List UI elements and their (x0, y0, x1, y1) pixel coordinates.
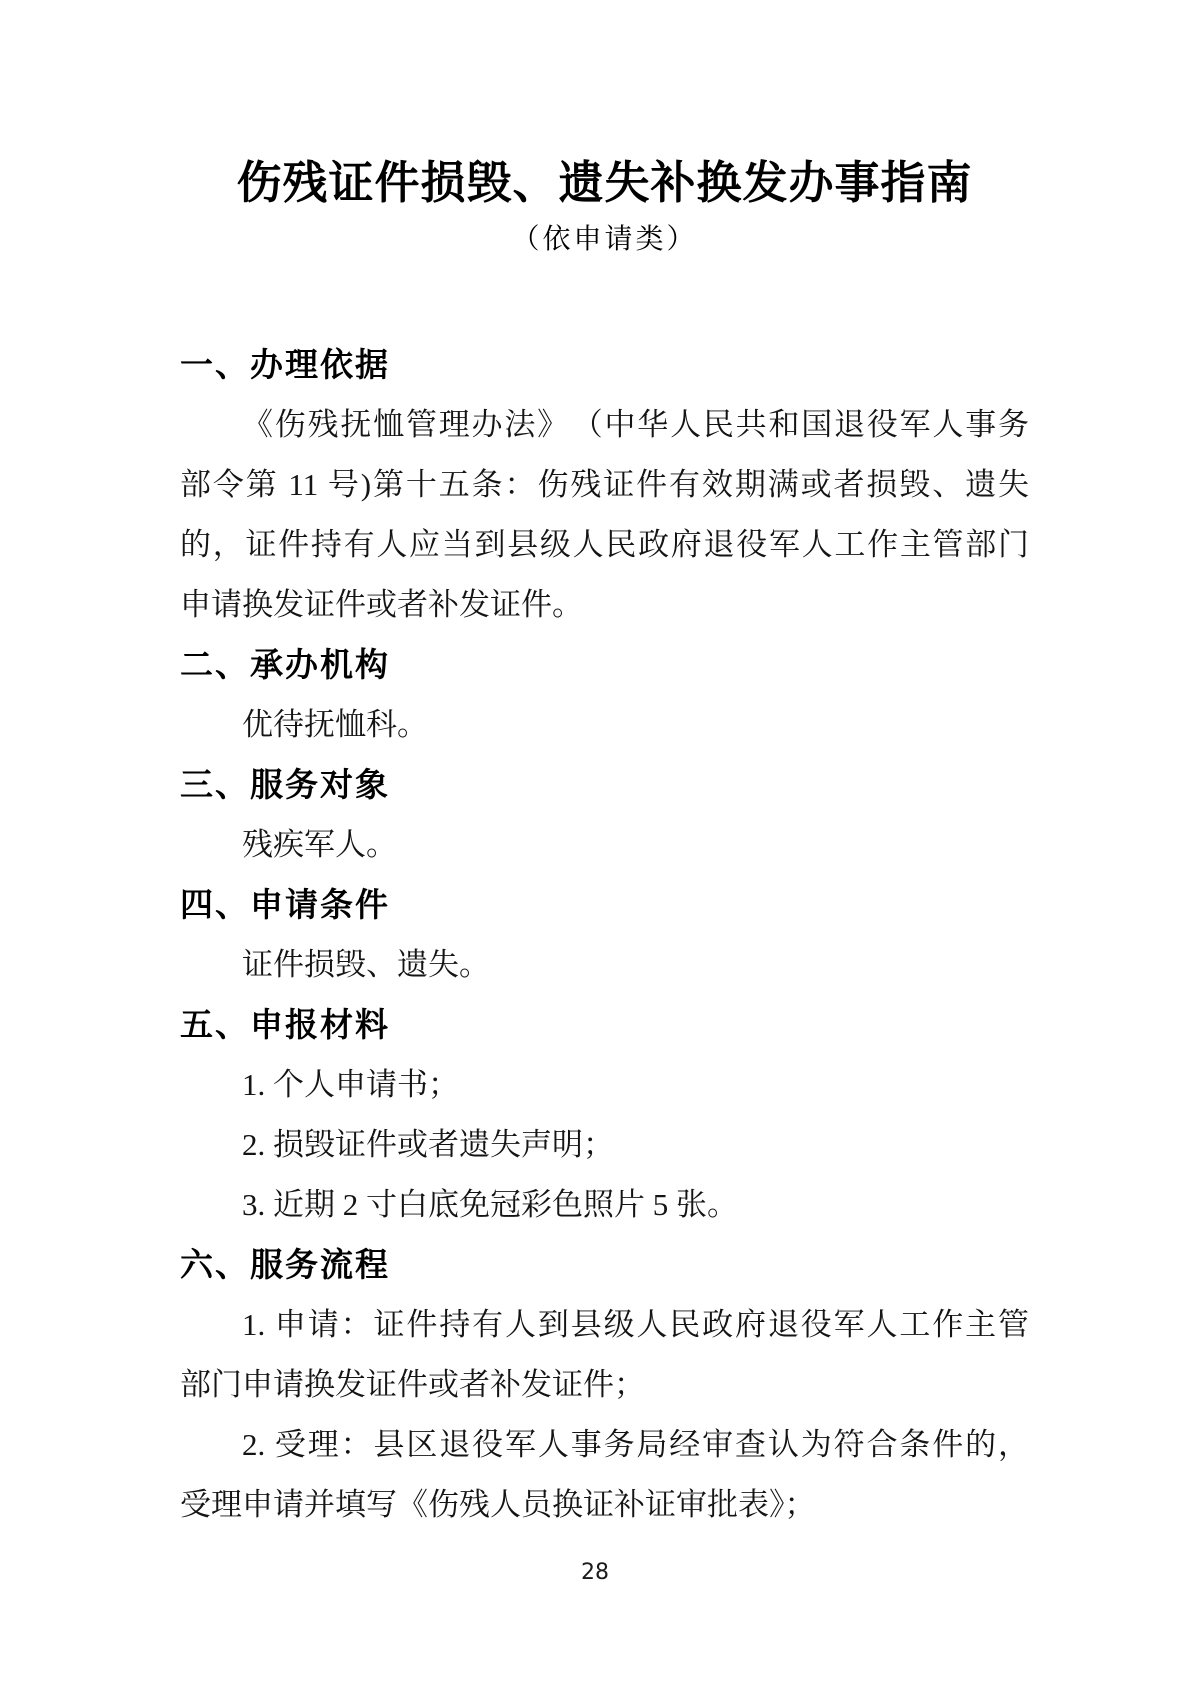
list-item-line: 3. 近期 2 寸白底免冠彩色照片 5 张。 (180, 1175, 1029, 1235)
body-line: 的，证件持有人应当到县级人民政府退役军人工作主管部门 (180, 515, 1029, 575)
section-heading-5: 五、申报材料 (180, 995, 1029, 1055)
body-line: 《伤残抚恤管理办法》 （中华人民共和国退役军人事务 (180, 395, 1029, 455)
section-heading-1: 一、办理依据 (180, 335, 1029, 395)
document-subtitle: （依申请类） (180, 214, 1029, 266)
body-line: 部门申请换发证件或者补发证件； (180, 1355, 1029, 1415)
body-line: 2. 受理：县区退役军人事务局经审查认为符合条件的， (180, 1415, 1029, 1475)
body-line: 部令第 11 号)第十五条：伤残证件有效期满或者损毁、遗失 (180, 455, 1029, 515)
body-line: 残疾军人。 (180, 815, 1029, 875)
page-number: 28 (0, 1552, 1190, 1594)
body-line: 1. 申请：证件持有人到县级人民政府退役军人工作主管 (180, 1295, 1029, 1355)
document-title: 伤残证件损毁、遗失补换发办事指南 (180, 150, 1029, 216)
body-line: 申请换发证件或者补发证件。 (180, 575, 1029, 635)
section-heading-4: 四、申请条件 (180, 875, 1029, 935)
section-heading-2: 二、承办机构 (180, 635, 1029, 695)
section-heading-3: 三、服务对象 (180, 755, 1029, 815)
list-item-line: 1. 个人申请书； (180, 1055, 1029, 1115)
list-item-line: 2. 损毁证件或者遗失声明； (180, 1115, 1029, 1175)
document-body: 一、办理依据 《伤残抚恤管理办法》 （中华人民共和国退役军人事务 部令第 11 … (180, 335, 1029, 1535)
body-line: 优待抚恤科。 (180, 695, 1029, 755)
section-heading-6: 六、服务流程 (180, 1235, 1029, 1295)
document-page: 伤残证件损毁、遗失补换发办事指南 （依申请类） 一、办理依据 《伤残抚恤管理办法… (0, 0, 1190, 1683)
body-line: 受理申请并填写《伤残人员换证补证审批表》； (180, 1475, 1029, 1535)
body-line: 证件损毁、遗失。 (180, 935, 1029, 995)
